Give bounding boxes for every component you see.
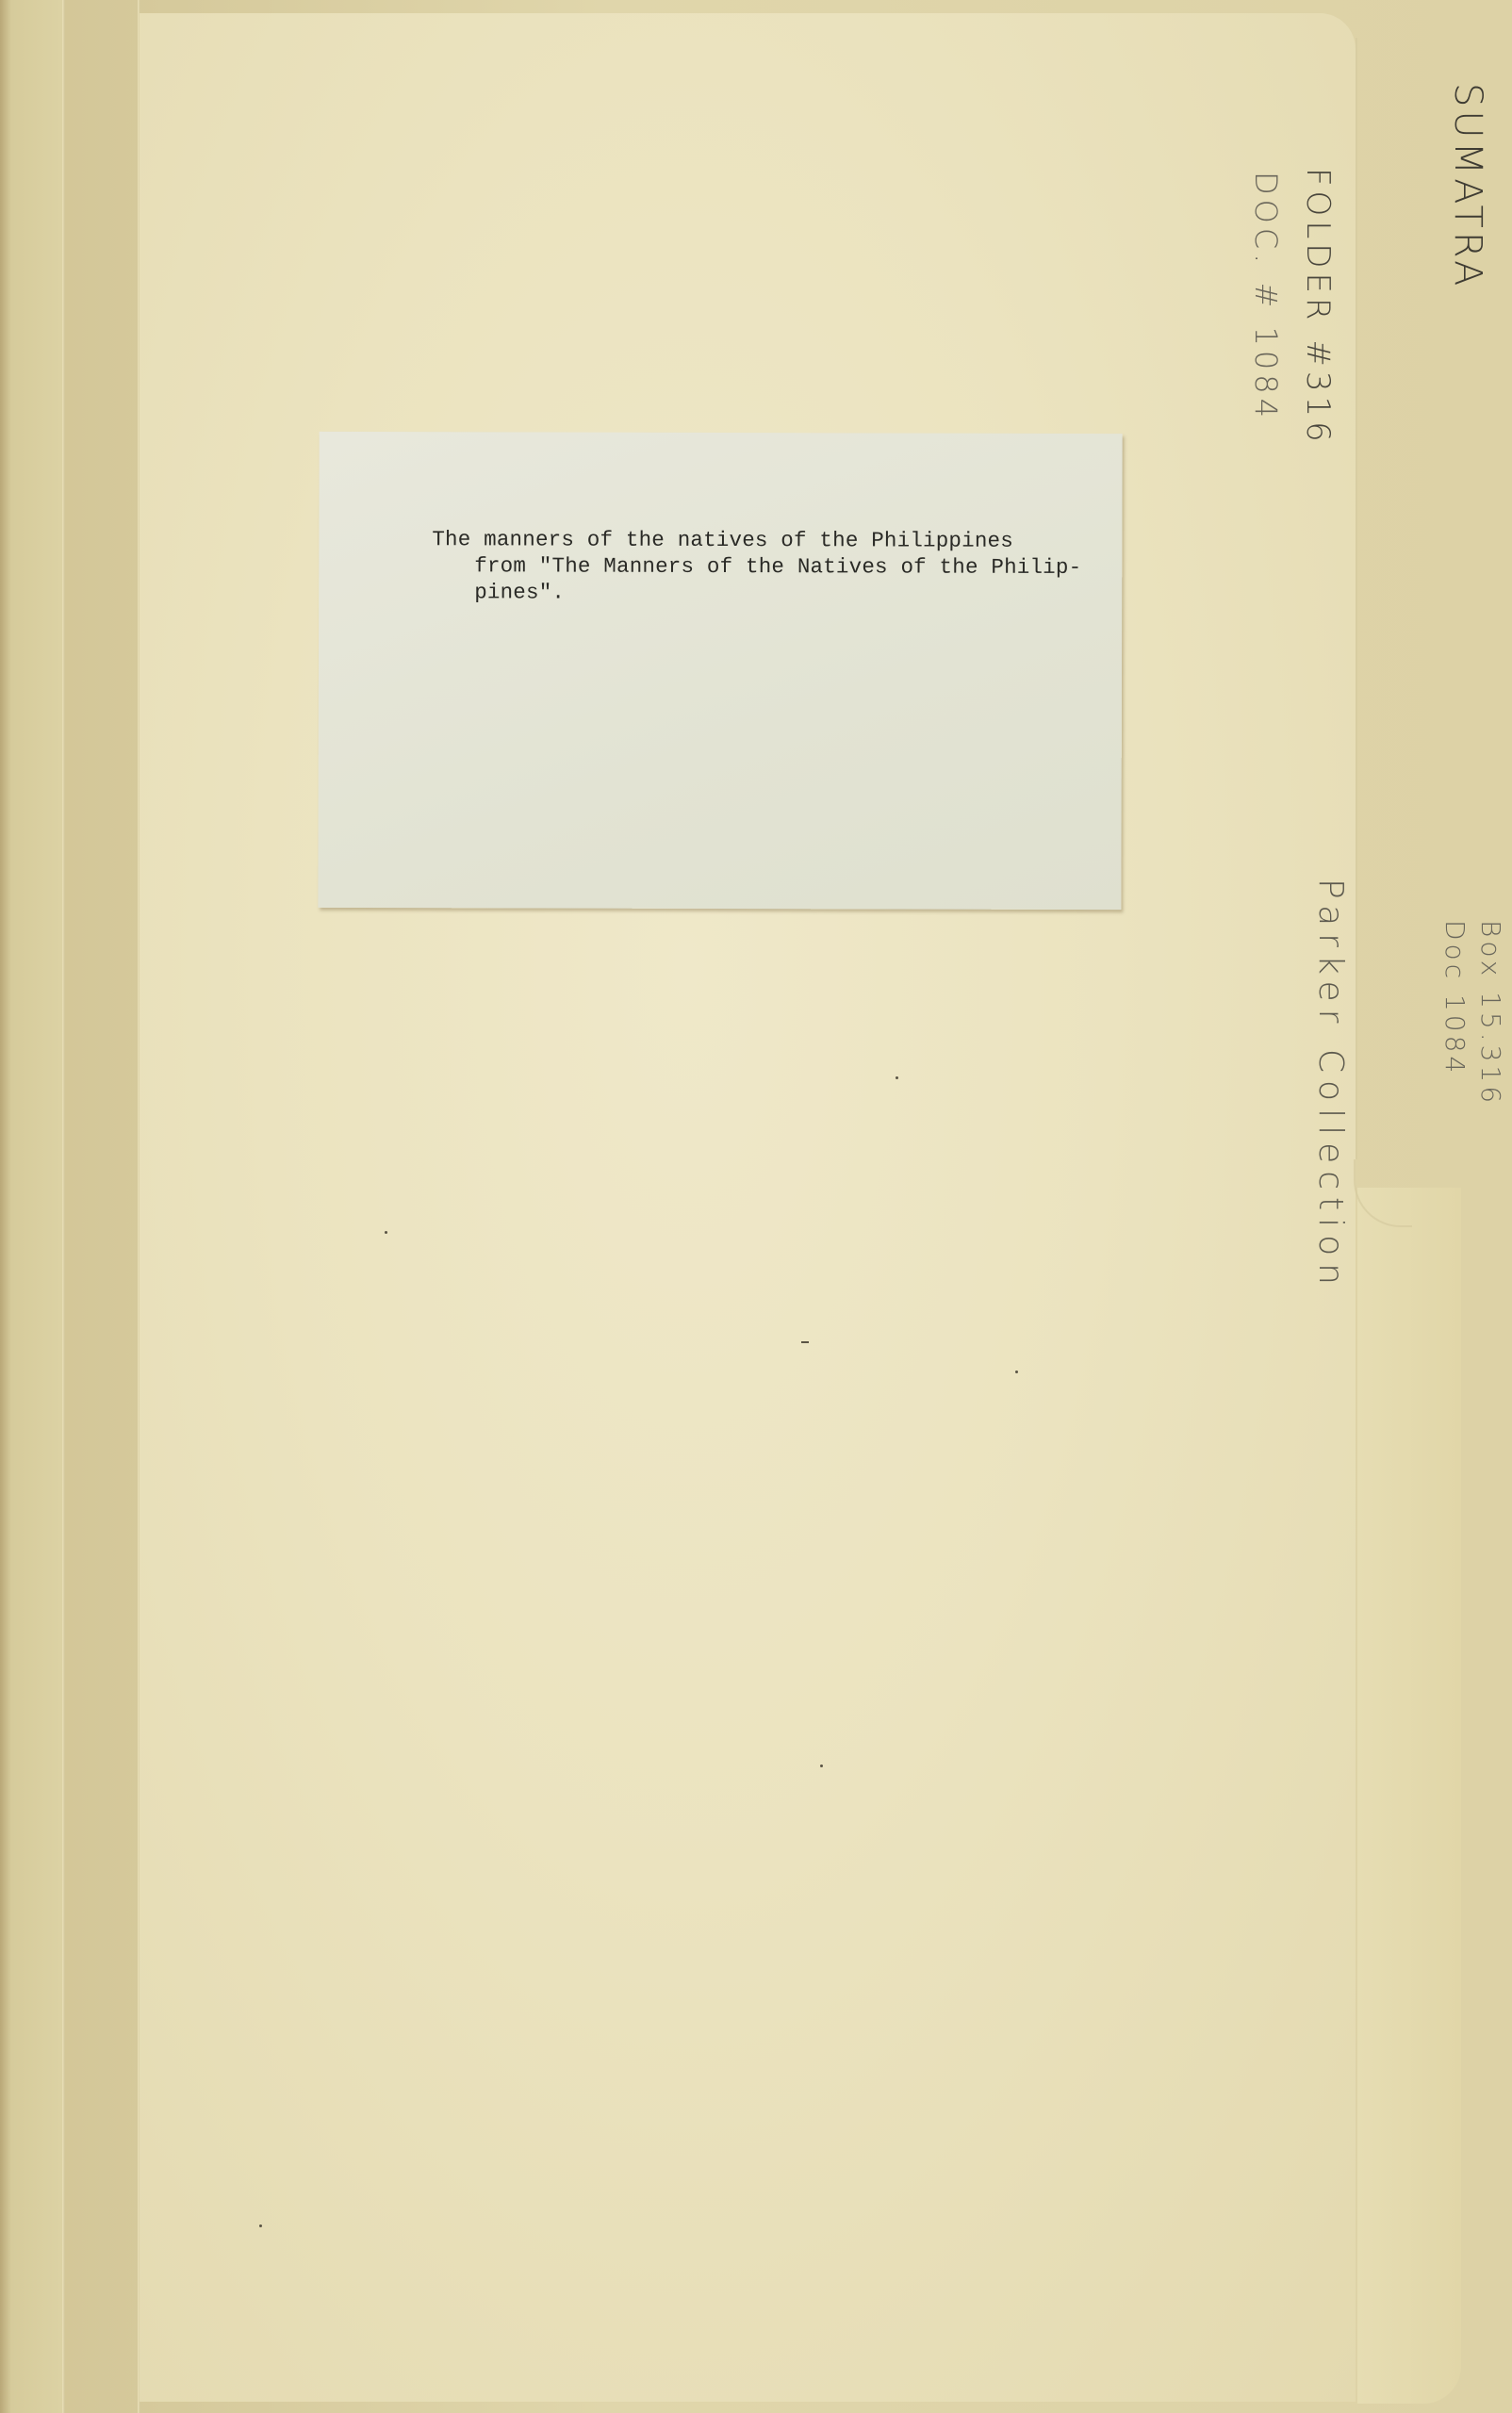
paper-speck	[259, 2224, 262, 2227]
handwritten-region-label: SUMATRA	[1446, 83, 1489, 289]
handwritten-folder-number: FOLDER #316	[1299, 168, 1337, 447]
paper-speck	[385, 1231, 387, 1234]
card-line: from "The Manners of the Natives of the …	[432, 552, 1081, 581]
paper-speck	[1015, 1371, 1018, 1373]
index-card: The manners of the natives of the Philip…	[318, 432, 1122, 910]
folder-front-cover	[140, 13, 1356, 2402]
paper-speck	[801, 1341, 809, 1343]
paper-speck	[896, 1076, 898, 1079]
folder-spine-edge	[0, 0, 62, 2413]
card-line: The manners of the natives of the Philip…	[432, 527, 1013, 553]
tab-edge-line	[1356, 38, 1357, 1159]
paper-speck	[820, 1765, 823, 1767]
card-line: pines".	[432, 579, 1081, 607]
folder-crease	[62, 0, 65, 2413]
handwritten-doc-number: DOC. # 1084	[1248, 172, 1284, 422]
handwritten-doc-reference: Doc 1084	[1439, 920, 1471, 1076]
card-description: The manners of the natives of the Philip…	[432, 526, 1081, 607]
handwritten-collection-name: Parker Collection	[1311, 878, 1350, 1292]
handwritten-box-reference: Box 15.316	[1475, 920, 1506, 1107]
folder-tab	[1357, 1188, 1461, 2404]
